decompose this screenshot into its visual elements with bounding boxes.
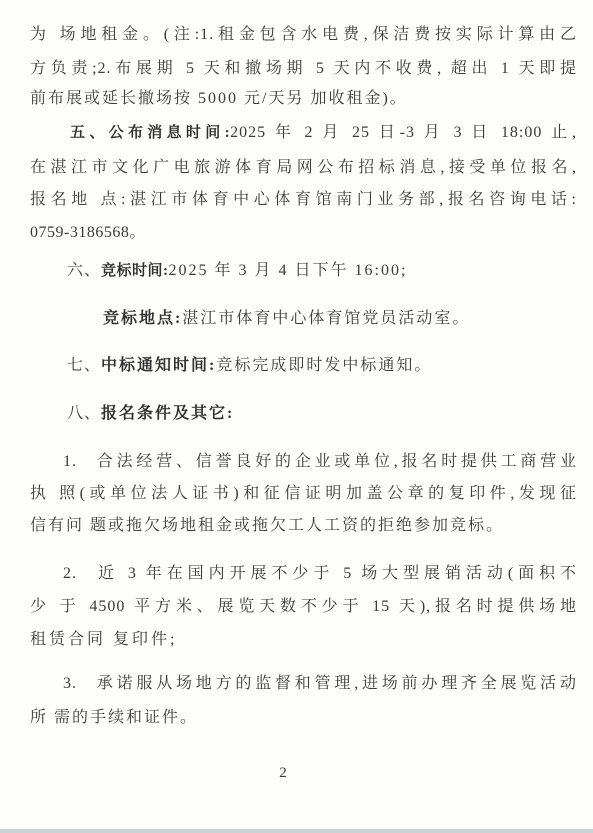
item-3-line-1: 3. 承诺服从场地方的监督和管理,进场前办理齐全展览活动 <box>30 671 577 697</box>
item-2-line-3: 租赁合同 复印件; <box>30 627 577 653</box>
document-page: 为 场地租金。(注:1.租金包含水电费,保洁费按实际计算由乙 方负责;2.布展期… <box>0 0 593 833</box>
section-8-number: 八、 <box>67 405 101 422</box>
intro-line-2: 方负责;2.布展期 5 天和撤场期 5 天内不收费, 超出 1 天即提 <box>30 56 577 82</box>
section-5-publish-time-line: 五、公布消息时间:2025 年 2 月 25 日-3 月 3 日 18:00 止… <box>30 120 577 146</box>
item-1-line-3: 信有问 题或拖欠场地租金或拖欠工人工资的拒绝参加竞标。 <box>30 513 577 539</box>
item-2-line-1: 2. 近 3 年在国内开展不少于 5 场大型展销活动(面积不 <box>30 561 577 587</box>
scan-edge-bar <box>0 829 593 833</box>
item-1-line-2: 执 照(或单位法人证书)和征信证明加盖公章的复印件,发现征 <box>30 481 577 507</box>
item-1-line-1: 1. 合法经营、信誉良好的企业或单位,报名时提供工商营业 <box>30 449 577 475</box>
section-7-award-notice-line: 七、中标通知时间:竞标完成即时发中标通知。 <box>30 353 577 379</box>
section-5-label: 五、公布消息时间: <box>70 125 230 141</box>
section-7-number: 七、 <box>67 357 101 374</box>
page-number: 2 <box>0 765 566 782</box>
section-8-label: 报名条件及其它: <box>101 405 234 422</box>
section-6-bid-time-line: 六、竞标时间:2025 年 3 月 4 日下午 16:00; <box>30 258 577 284</box>
intro-line-1: 为 场地租金。(注:1.租金包含水电费,保洁费按实际计算由乙 <box>30 22 577 48</box>
phone-number-line: 0759-3186568。 <box>30 220 577 246</box>
intro-line-3: 前布展或延长撤场按 5000 元/天另 加收租金)。 <box>30 86 577 112</box>
bid-location-line: 竞标地点:湛江市体育中心体育馆党员活动室。 <box>30 306 577 332</box>
section-5-line-3: 报名地 点:湛江市体育中心体育馆南门业务部,报名咨询电话: <box>30 187 577 213</box>
section-6-number: 六、 <box>67 262 101 279</box>
item-3-line-2: 所 需的手续和证件。 <box>30 705 577 731</box>
item-2-line-2: 少 于 4500 平方米、展览天数不少于 15 天),报名时提供场地 <box>30 594 577 620</box>
bid-location-label: 竞标地点: <box>103 310 182 327</box>
section-7-label: 中标通知时间: <box>101 357 216 374</box>
section-5-line-2: 在湛江市文化广电旅游体育局网公布招标消息,接受单位报名, <box>30 155 577 181</box>
section-8-conditions-heading: 八、报名条件及其它: <box>30 401 577 427</box>
section-6-label: 竞标时间: <box>101 263 169 279</box>
